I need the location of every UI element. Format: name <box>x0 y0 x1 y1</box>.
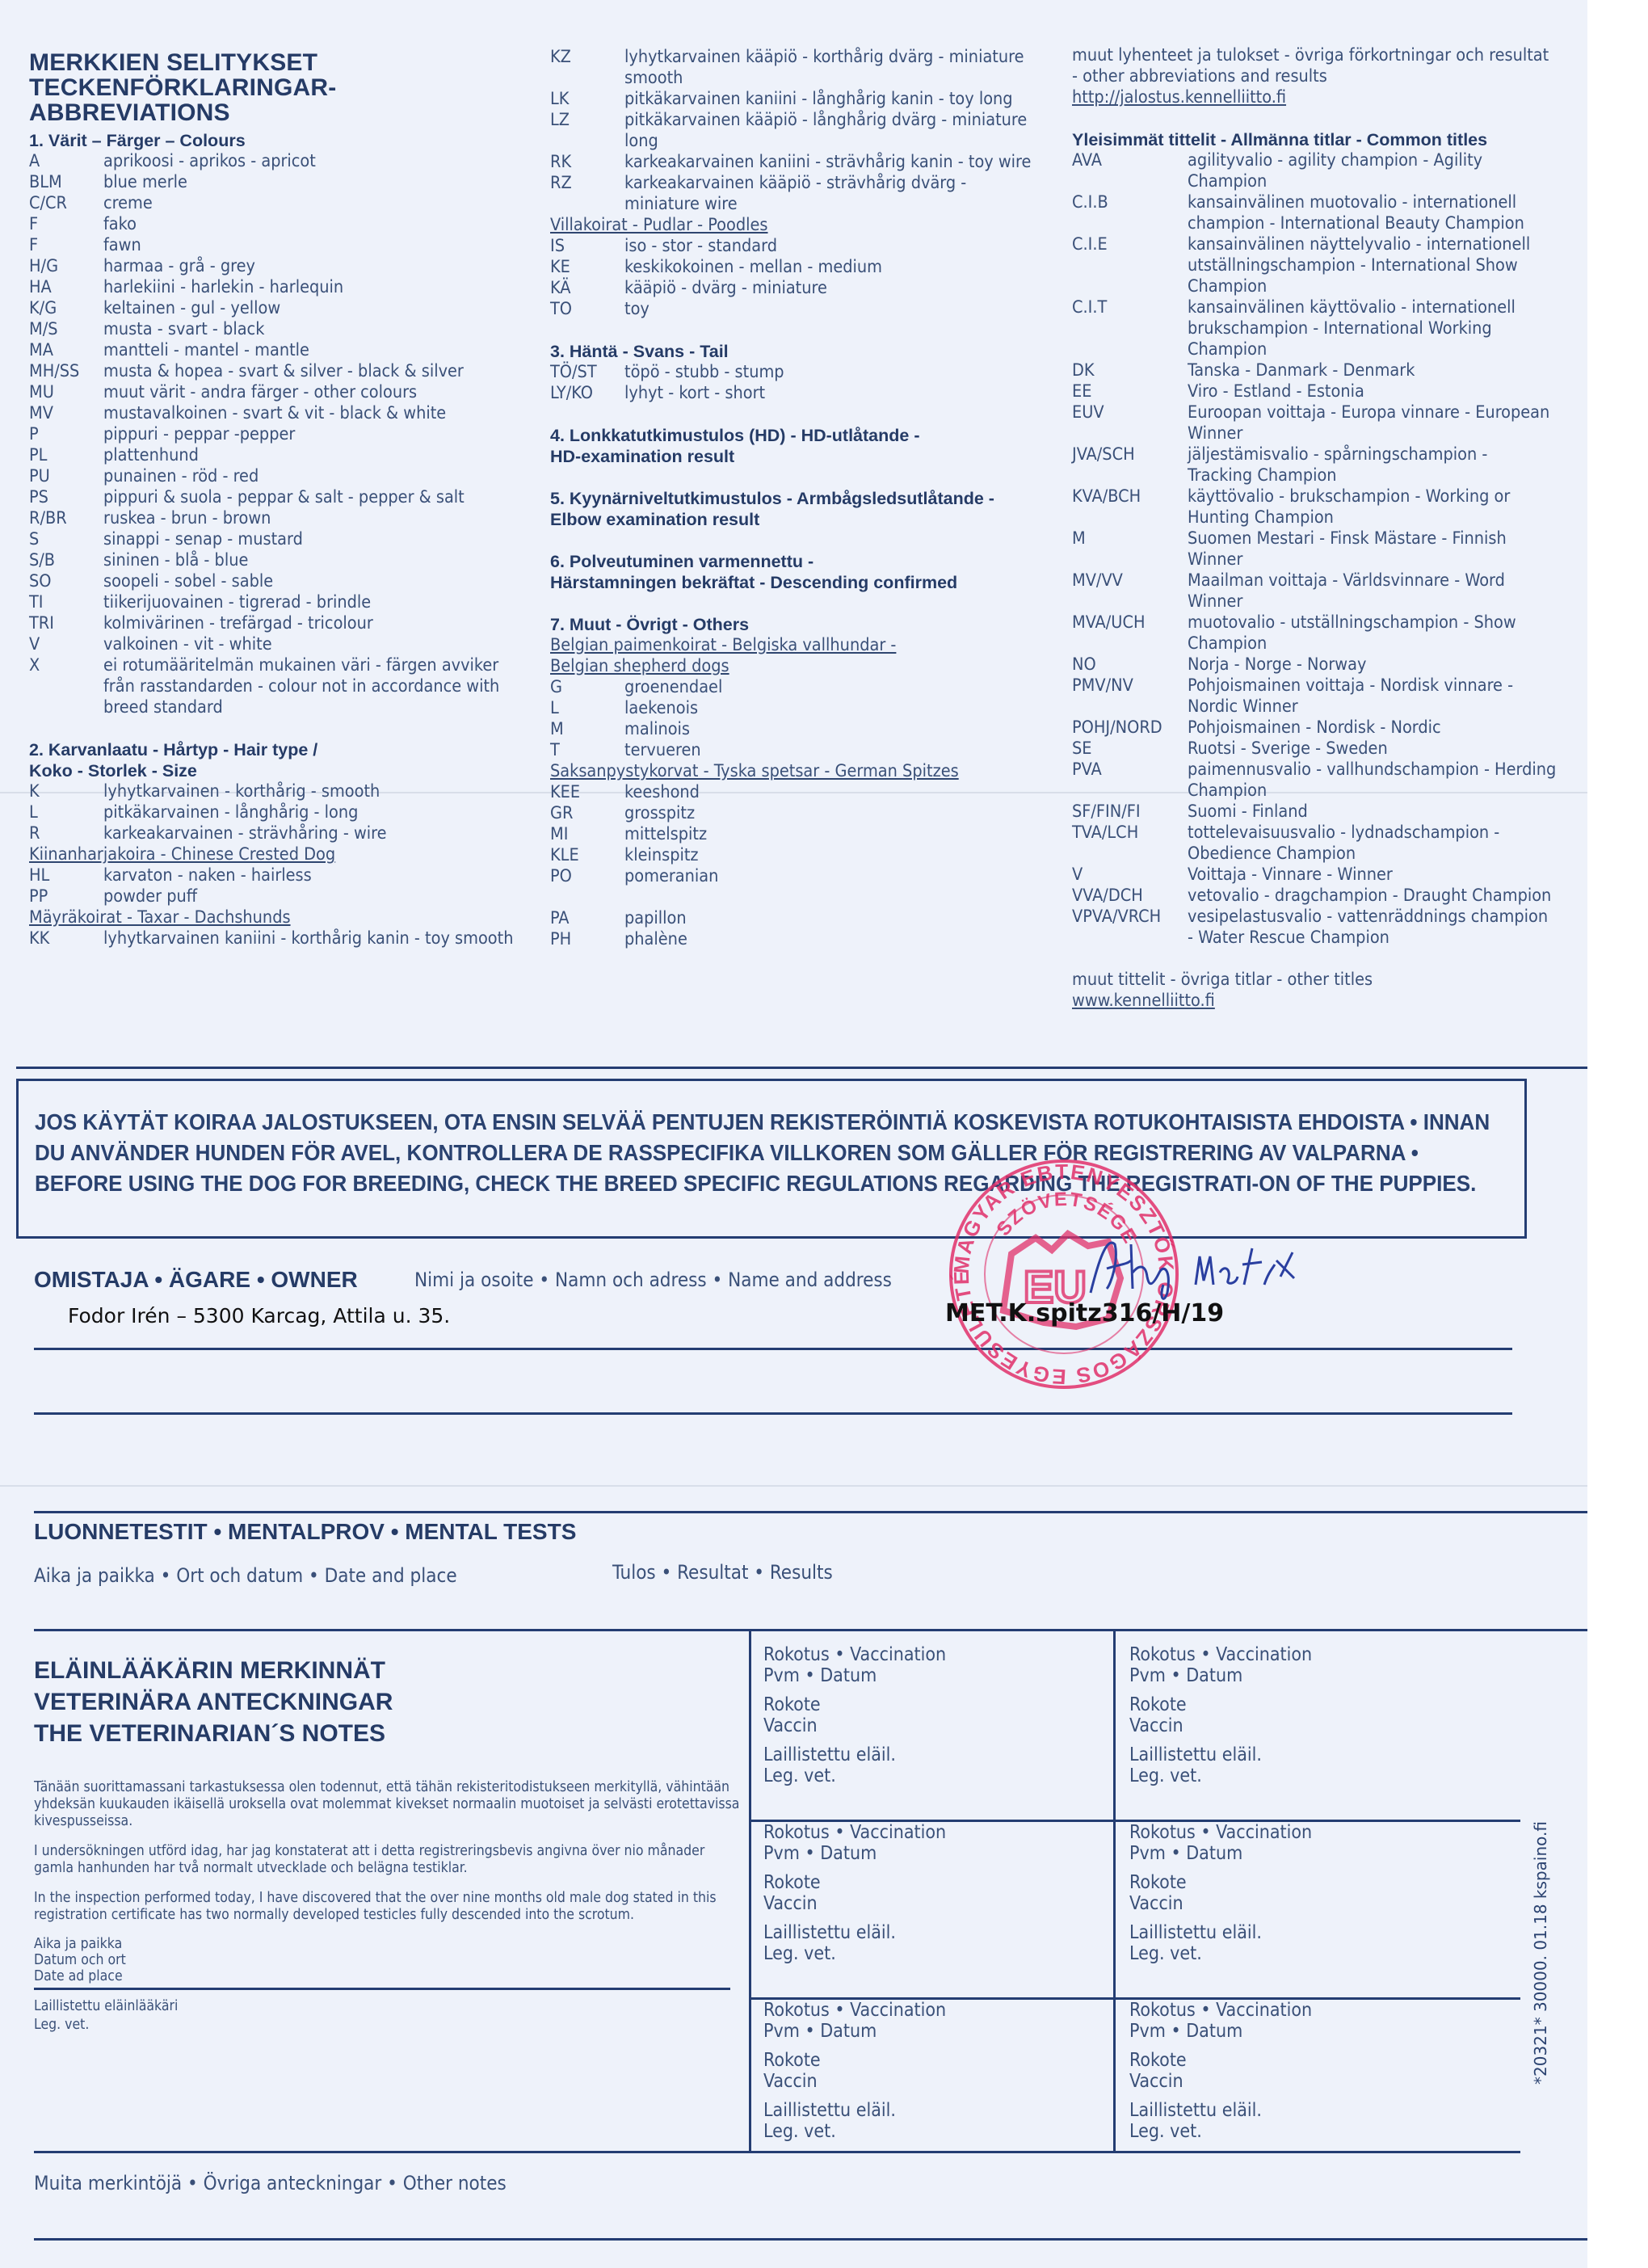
legend-abbr: KE <box>550 257 624 278</box>
legend-abbr: F <box>29 214 103 235</box>
hd-heading-line: HD-examination result <box>550 446 1035 467</box>
vaccination-cell[interactable]: Rokotus • VaccinationPvm • DatumRokoteVa… <box>763 1644 946 1795</box>
grid-line <box>1113 1629 1116 2152</box>
others-heading: 7. Muut - Övrigt - Others <box>550 614 1035 635</box>
vet-date-place-line: Datum och ort <box>34 1952 745 1968</box>
legend-desc: pippuri & suola - peppar & salt - pepper… <box>103 487 530 508</box>
legend-row: C.I.Bkansainvälinen muotovalio - interna… <box>1072 192 1557 234</box>
legend-desc: Viro - Estland - Estonia <box>1188 381 1557 402</box>
legend-desc: kansainvälinen muotovalio - internatione… <box>1188 192 1557 234</box>
legend-abbr: C.I.T <box>1072 297 1188 360</box>
legend-row: HAharlekiini - harlekin - harlequin <box>29 277 530 298</box>
legend-desc: töpö - stubb - stump <box>624 362 1035 383</box>
legend-row: MVmustavalkoinen - svart & vit - black &… <box>29 403 530 424</box>
legend-abbr: KEE <box>550 782 624 803</box>
legend-desc: iso - stor - standard <box>624 236 1035 257</box>
legend-abbr: F <box>29 235 103 256</box>
legend-desc: toy <box>624 299 1035 320</box>
legend-row: MAmantteli - mantel - mantle <box>29 340 530 361</box>
divider <box>34 2238 1587 2241</box>
legend-row: H/Gharmaa - grå - grey <box>29 256 530 277</box>
other-notes-label: Muita merkintöjä • Övriga anteckningar •… <box>34 2172 507 2194</box>
vaccination-date-label: Pvm • Datum <box>1129 1843 1312 1864</box>
legend-row: C.I.Ekansainvälinen näyttelyvalio - inte… <box>1072 234 1557 297</box>
legend-row: TItiikerijuovainen - tigrerad - brindle <box>29 592 530 613</box>
legend-desc: pitkäkarvainen kääpiö - långhårig dvärg … <box>624 110 1035 152</box>
legend-desc: lyhytkarvainen kaniini - korthårig kanin… <box>103 928 530 949</box>
colours-heading: 1. Värit – Färger – Colours <box>29 130 530 151</box>
legend-row: KZlyhytkarvainen kääpiö - korthårig dvär… <box>550 47 1035 89</box>
dachshunds-list-continued: KZlyhytkarvainen kääpiö - korthårig dvär… <box>550 47 1035 215</box>
legend-row: RZkarkeakarvainen kääpiö - strävhårig dv… <box>550 173 1035 215</box>
legend-abbr: SF/FIN/FI <box>1072 802 1188 823</box>
legend-desc: soopeli - sobel - sable <box>103 571 530 592</box>
legend-abbr: TI <box>29 592 103 613</box>
vaccination-date-label: Pvm • Datum <box>1129 1665 1312 1686</box>
legend-desc: Voittaja - Vinnare - Winner <box>1188 865 1557 886</box>
vet-statement-en: In the inspection performed today, I hav… <box>34 1890 745 1924</box>
legend-abbr: C.I.B <box>1072 192 1188 234</box>
legend-row: PPpowder puff <box>29 886 530 907</box>
legend-row: MH/SSmusta & hopea - svart & silver - bl… <box>29 361 530 382</box>
vaccine-label: Rokote <box>1129 2050 1312 2071</box>
legend-abbr: K/G <box>29 298 103 319</box>
legend-desc: laekenois <box>624 698 1035 719</box>
mental-tests-results-label: Tulos • Resultat • Results <box>612 1561 833 1584</box>
vet-notes-title: ELÄINLÄÄKÄRIN MERKINNÄT VETERINÄRA ANTEC… <box>34 1655 393 1749</box>
elbow-heading-line: Elbow examination result <box>550 509 1035 530</box>
descent-heading-line: Härstamningen bekräftat - Descending con… <box>550 572 1035 593</box>
vaccine-label-sv: Vaccin <box>763 2071 946 2092</box>
legend-row: LY/KOlyhyt - kort - short <box>550 383 1035 404</box>
legend-row: PVApaimennusvalio - vallhundschampion - … <box>1072 760 1557 802</box>
legend-abbr: PU <box>29 466 103 487</box>
vet-label: Laillistettu eläil. <box>1129 1922 1312 1943</box>
tail-list: TÖ/STtöpö - stubb - stumpLY/KOlyhyt - ko… <box>550 362 1035 404</box>
vet-label: Laillistettu eläil. <box>763 1922 946 1943</box>
legend-desc: lyhytkarvainen - korthårig - smooth <box>103 781 530 802</box>
legend-row: VPVA/VRCHvesipelastusvalio - vattenräddn… <box>1072 907 1557 949</box>
legend-desc: plattenhund <box>103 445 530 466</box>
legend-desc: pitkäkarvainen - långhårig - long <box>103 802 530 823</box>
legend-abbr: LK <box>550 89 624 110</box>
hd-heading-line: 4. Lonkkatutkimustulos (HD) - HD-utlåtan… <box>550 425 1035 446</box>
vaccination-label: Rokotus • Vaccination <box>1129 1822 1312 1843</box>
belgian-list: GgroenendaelLlaekenoisMmalinoisTtervuere… <box>550 677 1035 761</box>
legend-abbr: BLM <box>29 172 103 193</box>
legend-desc: grosspitz <box>624 803 1035 824</box>
legend-desc: kansainvälinen näyttelyvalio - internati… <box>1188 234 1557 297</box>
legend-desc: muotovalio - utställningschampion - Show… <box>1188 612 1557 654</box>
legend-abbr: PVA <box>1072 760 1188 802</box>
vaccine-label-sv: Vaccin <box>1129 1893 1312 1914</box>
legend-abbr: V <box>1072 865 1188 886</box>
legend-desc: tottelevaisuusvalio - lydnadschampion - … <box>1188 823 1557 865</box>
legend-abbr: MVA/UCH <box>1072 612 1188 654</box>
legend-abbr: H/G <box>29 256 103 277</box>
legend-abbr: IS <box>550 236 624 257</box>
vet-label-sv: Leg. vet. <box>763 1765 946 1786</box>
legend-row: TVA/LCHtottelevaisuusvalio - lydnadscham… <box>1072 823 1557 865</box>
legend-desc: kääpiö - dvärg - miniature <box>624 278 1035 299</box>
legend-title: MERKKIEN SELITYKSET TECKENFÖRKLARINGAR- … <box>29 50 530 125</box>
legend-desc: sininen - blå - blue <box>103 550 530 571</box>
descent-heading-line: 6. Polveutuminen varmennettu - <box>550 551 1035 572</box>
legend-desc: ei rotumääritelmän mukainen väri - färge… <box>103 655 530 718</box>
legend-left-column: MERKKIEN SELITYKSET TECKENFÖRKLARINGAR- … <box>29 50 530 949</box>
legend-desc: karvaton - naken - hairless <box>103 865 530 886</box>
vet-label-sv: Leg. vet. <box>1129 2121 1312 2142</box>
legend-abbr: M <box>1072 528 1188 570</box>
legend-abbr: PP <box>29 886 103 907</box>
legend-row: LKpitkäkarvainen kaniini - långhårig kan… <box>550 89 1035 110</box>
vaccination-cell[interactable]: Rokotus • VaccinationPvm • DatumRokoteVa… <box>1129 1822 1312 1972</box>
legend-desc: valkoinen - vit - white <box>103 634 530 655</box>
legend-desc: Euroopan voittaja - Europa vinnare - Eur… <box>1188 402 1557 444</box>
legend-row: Rkarkeakarvainen - strävhåring - wire <box>29 823 530 844</box>
legend-row: VVA/DCHvetovalio - dragchampion - Draugh… <box>1072 886 1557 907</box>
legend-desc: muut värit - andra färger - other colour… <box>103 382 530 403</box>
signature <box>1083 1228 1325 1301</box>
tail-heading: 3. Häntä - Svans - Tail <box>550 341 1035 362</box>
legend-abbr: PH <box>550 929 624 950</box>
hd-heading: 4. Lonkkatutkimustulos (HD) - HD-utlåtan… <box>550 425 1035 467</box>
vet-title-line: ELÄINLÄÄKÄRIN MERKINNÄT <box>34 1655 393 1686</box>
legend-desc: musta & hopea - svart & silver - black &… <box>103 361 530 382</box>
vaccine-label: Rokote <box>1129 1872 1312 1893</box>
vet-date-place-line: Date ad place <box>34 1968 745 1984</box>
vaccination-cell[interactable]: Rokotus • VaccinationPvm • DatumRokoteVa… <box>763 1822 946 1972</box>
vaccination-date-label: Pvm • Datum <box>763 2021 946 2042</box>
legend-desc: groenendael <box>624 677 1035 698</box>
vet-signature-label: Laillistettu eläinlääkäri Leg. vet. <box>34 1997 745 2034</box>
legend-desc: mittelspitz <box>624 824 1035 845</box>
legend-abbr: TO <box>550 299 624 320</box>
vaccination-date-label: Pvm • Datum <box>763 1843 946 1864</box>
legend-row: Klyhytkarvainen - korthårig - smooth <box>29 781 530 802</box>
legend-abbr: EE <box>1072 381 1188 402</box>
legend-desc: harlekiini - harlekin - harlequin <box>103 277 530 298</box>
legend-desc: keeshond <box>624 782 1035 803</box>
legend-desc: Pohjoismainen - Nordisk - Nordic <box>1188 717 1557 738</box>
legend-desc: Tanska - Danmark - Denmark <box>1188 360 1557 381</box>
legend-row: NONorja - Norge - Norway <box>1072 654 1557 675</box>
legend-row: PUpunainen - röd - red <box>29 466 530 487</box>
legend-desc: Suomen Mestari - Finsk Mästare - Finnish… <box>1188 528 1557 570</box>
legend-desc: powder puff <box>103 886 530 907</box>
legend-abbr: JVA/SCH <box>1072 444 1188 486</box>
legend-title-line: ABBREVIATIONS <box>29 100 530 125</box>
owner-line <box>34 1412 1512 1415</box>
titles-list: AVAagilityvalio - agility champion - Agi… <box>1072 150 1557 949</box>
fold-crease <box>0 1485 1587 1487</box>
legend-desc: karkeakarvainen kääpiö - strävhårig dvär… <box>624 173 1035 215</box>
legend-abbr: PS <box>29 487 103 508</box>
legend-row: HLkarvaton - naken - hairless <box>29 865 530 886</box>
legend-abbr: KK <box>29 928 103 949</box>
vet-title-line: VETERINÄRA ANTECKNINGAR <box>34 1686 393 1718</box>
legend-row: AVAagilityvalio - agility champion - Agi… <box>1072 150 1557 192</box>
legend-desc: agilityvalio - agility champion - Agilit… <box>1188 150 1557 192</box>
legend-row: ISiso - stor - standard <box>550 236 1035 257</box>
legend-desc: harmaa - grå - grey <box>103 256 530 277</box>
mental-tests-title: LUONNETESTIT • MENTALPROV • MENTAL TESTS <box>34 1519 576 1545</box>
legend-row: S/Bsininen - blå - blue <box>29 550 530 571</box>
legend-desc: käyttövalio - brukschampion - Working or… <box>1188 486 1557 528</box>
vet-date-line <box>34 1988 730 1990</box>
legend-abbr: V <box>29 634 103 655</box>
legend-abbr: KLE <box>550 845 624 866</box>
legend-row: EUVEuroopan voittaja - Europa vinnare - … <box>1072 402 1557 444</box>
legend-abbr: SO <box>29 571 103 592</box>
vet-label-sv: Leg. vet. <box>1129 1765 1312 1786</box>
legend-row: C/CRcreme <box>29 193 530 214</box>
legend-abbr: PA <box>550 908 624 929</box>
legend-abbr: KÄ <box>550 278 624 299</box>
hair-heading: 2. Karvanlaatu - Hårtyp - Hair type / Ko… <box>29 739 530 781</box>
legend-row: POHJ/NORDPohjoismainen - Nordisk - Nordi… <box>1072 717 1557 738</box>
legend-desc: lyhytkarvainen kääpiö - korthårig dvärg … <box>624 47 1035 89</box>
legend-desc: mantteli - mantel - mantle <box>103 340 530 361</box>
legend-abbr: RK <box>550 152 624 173</box>
vet-date-place-line: Aika ja paikka <box>34 1936 745 1952</box>
legend-desc: malinois <box>624 719 1035 740</box>
vet-label: Laillistettu eläil. <box>1129 2100 1312 2121</box>
vaccination-cell[interactable]: Rokotus • VaccinationPvm • DatumRokoteVa… <box>763 2000 946 2150</box>
legend-abbr: VVA/DCH <box>1072 886 1188 907</box>
legend-abbr: T <box>550 740 624 761</box>
legend-desc: mustavalkoinen - svart & vit - black & w… <box>103 403 530 424</box>
divider <box>34 1629 1587 1631</box>
mental-tests-date-place-label: Aika ja paikka • Ort och datum • Date an… <box>34 1564 457 1587</box>
legend-row: KÄkääpiö - dvärg - miniature <box>550 278 1035 299</box>
legend-abbr: C/CR <box>29 193 103 214</box>
legend-row: Xei rotumääritelmän mukainen väri - färg… <box>29 655 530 718</box>
legend-desc: papillon <box>624 908 1035 929</box>
legend-row: LZpitkäkarvainen kääpiö - långhårig dvär… <box>550 110 1035 152</box>
legend-row: PMV/NVPohjoismainen voittaja - Nordisk v… <box>1072 675 1557 717</box>
vaccination-label: Rokotus • Vaccination <box>1129 2000 1312 2021</box>
hair-heading-line: 2. Karvanlaatu - Hårtyp - Hair type / <box>29 739 530 760</box>
legend-row: MSuomen Mestari - Finsk Mästare - Finnis… <box>1072 528 1557 570</box>
legend-abbr: EUV <box>1072 402 1188 444</box>
belgian-subheading-line: Belgian paimenkoirat - Belgiska vallhund… <box>550 635 1035 656</box>
legend-abbr: PO <box>550 866 624 887</box>
legend-row: RKkarkeakarvainen kaniini - strävhårig k… <box>550 152 1035 173</box>
legend-desc: sinappi - senap - mustard <box>103 529 530 550</box>
titles-heading: Yleisimmät tittelit - Allmänna titlar - … <box>1072 129 1557 150</box>
legend-row: KKlyhytkarvainen kaniini - korthårig kan… <box>29 928 530 949</box>
legend-abbr: POHJ/NORD <box>1072 717 1188 738</box>
vaccine-label: Rokote <box>763 2050 946 2071</box>
vaccine-label-sv: Vaccin <box>1129 1715 1312 1736</box>
grid-line <box>749 1629 751 2152</box>
legend-row: PLplattenhund <box>29 445 530 466</box>
registration-number: MET.K.spitz316/H/19 <box>945 1299 1224 1328</box>
legend-row: Vvalkoinen - vit - white <box>29 634 530 655</box>
legend-abbr: S/B <box>29 550 103 571</box>
legend-abbr: K <box>29 781 103 802</box>
vaccination-cell[interactable]: Rokotus • VaccinationPvm • DatumRokoteVa… <box>1129 1644 1312 1795</box>
legend-abbr: A <box>29 151 103 172</box>
legend-abbr: MI <box>550 824 624 845</box>
legend-abbr: SE <box>1072 738 1188 760</box>
more-abbreviations-text: muut lyhenteet ja tulokset - övriga förk… <box>1072 45 1557 87</box>
legend-abbr: G <box>550 677 624 698</box>
legend-row: TÖ/STtöpö - stubb - stump <box>550 362 1035 383</box>
legend-abbr: PMV/NV <box>1072 675 1188 717</box>
vaccine-label-sv: Vaccin <box>763 1715 946 1736</box>
legend-row: DKTanska - Danmark - Denmark <box>1072 360 1557 381</box>
legend-desc: karkeakarvainen kaniini - strävhårig kan… <box>624 152 1035 173</box>
legend-desc: jäljestämisvalio - spårningschampion - T… <box>1188 444 1557 486</box>
jalostus-link[interactable]: http://jalostus.kennelliitto.fi <box>1072 87 1557 108</box>
vet-statement-sv: I undersökningen utförd idag, har jag ko… <box>34 1843 745 1877</box>
legend-row: PHphalène <box>550 929 1035 950</box>
legend-row: POpomeranian <box>550 866 1035 887</box>
vaccination-cell[interactable]: Rokotus • VaccinationPvm • DatumRokoteVa… <box>1129 2000 1312 2150</box>
belgian-subheading-line: Belgian shepherd dogs <box>550 656 1035 677</box>
vaccine-label: Rokote <box>763 1872 946 1893</box>
legend-row: KLEkleinspitz <box>550 845 1035 866</box>
legend-row: VVoittaja - Vinnare - Winner <box>1072 865 1557 886</box>
legend-row: EEViro - Estland - Estonia <box>1072 381 1557 402</box>
descent-heading: 6. Polveutuminen varmennettu - Härstamni… <box>550 551 1035 593</box>
legend-abbr: MA <box>29 340 103 361</box>
legend-row: SERuotsi - Sverige - Sweden <box>1072 738 1557 760</box>
legend-desc: ruskea - brun - brown <box>103 508 530 529</box>
breeding-notice-box: JOS KÄYTÄT KOIRAA JALOSTUKSEEN, OTA ENSI… <box>16 1079 1527 1239</box>
legend-desc: pitkäkarvainen kaniini - långhårig kanin… <box>624 89 1035 110</box>
vet-title-line: THE VETERINARIAN´S NOTES <box>34 1718 393 1749</box>
vet-label-sv: Leg. vet. <box>763 1943 946 1964</box>
legend-desc: tervueren <box>624 740 1035 761</box>
legend-desc: kansainvälinen käyttövalio - internation… <box>1188 297 1557 360</box>
legend-abbr: VPVA/VRCH <box>1072 907 1188 949</box>
colours-list: Aaprikoosi - aprikos - apricotBLMblue me… <box>29 151 530 718</box>
legend-abbr: C.I.E <box>1072 234 1188 297</box>
legend-title-line: TECKENFÖRKLARINGAR- <box>29 75 530 100</box>
legend-desc: musta - svart - black <box>103 319 530 340</box>
legend-row: SOsoopeli - sobel - sable <box>29 571 530 592</box>
legend-desc: tiikerijuovainen - tigrerad - brindle <box>103 592 530 613</box>
legend-row: R/BRruskea - brun - brown <box>29 508 530 529</box>
legend-desc: Maailman voittaja - Världsvinnare - Word… <box>1188 570 1557 612</box>
legend-desc: vetovalio - dragchampion - Draught Champ… <box>1188 886 1557 907</box>
legend-desc: Suomi - Finland <box>1188 802 1557 823</box>
legend-row: Ssinappi - senap - mustard <box>29 529 530 550</box>
vaccine-label: Rokote <box>1129 1694 1312 1715</box>
legend-desc: pippuri - peppar -pepper <box>103 424 530 445</box>
legend-row: TOtoy <box>550 299 1035 320</box>
kennelliitto-link[interactable]: www.kennelliitto.fi <box>1072 991 1557 1012</box>
legend-abbr: X <box>29 655 103 718</box>
poodles-subheading: Villakoirat - Pudlar - Poodles <box>550 215 1035 236</box>
legend-abbr: HA <box>29 277 103 298</box>
legend-abbr: P <box>29 424 103 445</box>
papillon-list: PApapillonPHphalène <box>550 908 1035 950</box>
owner-line <box>34 1348 1512 1350</box>
legend-abbr: RZ <box>550 173 624 215</box>
legend-desc: Norja - Norge - Norway <box>1188 654 1557 675</box>
elbow-heading-line: 5. Kyynärniveltutkimustulos - Armbågsled… <box>550 488 1035 509</box>
legend-row: C.I.Tkansainvälinen käyttövalio - intern… <box>1072 297 1557 360</box>
legend-row: MVA/UCHmuotovalio - utställningschampion… <box>1072 612 1557 654</box>
legend-row: Mmalinois <box>550 719 1035 740</box>
legend-row: GRgrosspitz <box>550 803 1035 824</box>
legend-desc: punainen - röd - red <box>103 466 530 487</box>
legend-row: Llaekenois <box>550 698 1035 719</box>
legend-row: MUmuut värit - andra färger - other colo… <box>29 382 530 403</box>
legend-row: KEkeskikokoinen - mellan - medium <box>550 257 1035 278</box>
legend-abbr: L <box>29 802 103 823</box>
legend-row: BLMblue merle <box>29 172 530 193</box>
dachshunds-subheading: Mäyräkoirat - Taxar - Dachshunds <box>29 907 530 928</box>
print-info: *20321* 30000. 01.18 kspaino.fi <box>1531 1821 1550 2085</box>
belgian-subheading: Belgian paimenkoirat - Belgiska vallhund… <box>550 635 1035 677</box>
legend-row: SF/FIN/FISuomi - Finland <box>1072 802 1557 823</box>
legend-desc: aprikoosi - aprikos - apricot <box>103 151 530 172</box>
legend-abbr: TVA/LCH <box>1072 823 1188 865</box>
legend-row: K/Gkeltainen - gul - yellow <box>29 298 530 319</box>
chinese-crested-subheading: Kiinanharjakoira - Chinese Crested Dog <box>29 844 530 865</box>
legend-row: Ggroenendael <box>550 677 1035 698</box>
legend-abbr: PL <box>29 445 103 466</box>
legend-abbr: GR <box>550 803 624 824</box>
legend-row: JVA/SCHjäljestämisvalio - spårningschamp… <box>1072 444 1557 486</box>
legend-row: Aaprikoosi - aprikos - apricot <box>29 151 530 172</box>
legend-row: Ttervueren <box>550 740 1035 761</box>
legend-abbr: TÖ/ST <box>550 362 624 383</box>
dachshunds-list: KKlyhytkarvainen kaniini - korthårig kan… <box>29 928 530 949</box>
vaccination-label: Rokotus • Vaccination <box>1129 1644 1312 1665</box>
legend-abbr: M <box>550 719 624 740</box>
vet-signature-line: Laillistettu eläinlääkäri <box>34 1997 745 2016</box>
legend-abbr: MV/VV <box>1072 570 1188 612</box>
vet-label: Laillistettu eläil. <box>1129 1744 1312 1765</box>
legend-desc: creme <box>103 193 530 214</box>
legend-desc: pomeranian <box>624 866 1035 887</box>
legend-row: Lpitkäkarvainen - långhårig - long <box>29 802 530 823</box>
legend-desc: fako <box>103 214 530 235</box>
legend-desc: kleinspitz <box>624 845 1035 866</box>
vet-signature-line: Leg. vet. <box>34 2016 745 2034</box>
vaccination-label: Rokotus • Vaccination <box>763 2000 946 2021</box>
elbow-heading: 5. Kyynärniveltutkimustulos - Armbågsled… <box>550 488 1035 530</box>
hair-heading-line: Koko - Storlek - Size <box>29 760 530 781</box>
legend-title-line: MERKKIEN SELITYKSET <box>29 50 530 75</box>
divider <box>34 1511 1587 1513</box>
owner-name-address[interactable]: Fodor Irén – 5300 Karcag, Attila u. 35. <box>68 1304 450 1328</box>
divider <box>16 1067 1587 1069</box>
legend-desc: vesipelastusvalio - vattenräddnings cham… <box>1188 907 1557 949</box>
legend-abbr: AVA <box>1072 150 1188 192</box>
legend-abbr: L <box>550 698 624 719</box>
legend-row: KVA/BCHkäyttövalio - brukschampion - Wor… <box>1072 486 1557 528</box>
legend-middle-column: KZlyhytkarvainen kääpiö - korthårig dvär… <box>550 47 1035 950</box>
breeding-notice-text: JOS KÄYTÄT KOIRAA JALOSTUKSEEN, OTA ENSI… <box>35 1107 1507 1199</box>
legend-right-column: muut lyhenteet ja tulokset - övriga förk… <box>1072 45 1557 1012</box>
owner-title: OMISTAJA • ÄGARE • OWNER <box>34 1267 358 1293</box>
legend-abbr: NO <box>1072 654 1188 675</box>
legend-abbr: S <box>29 529 103 550</box>
vaccine-label-sv: Vaccin <box>1129 2071 1312 2092</box>
legend-desc: blue merle <box>103 172 530 193</box>
legend-abbr: MV <box>29 403 103 424</box>
legend-desc: lyhyt - kort - short <box>624 383 1035 404</box>
legend-abbr: KZ <box>550 47 624 89</box>
legend-row: TRIkolmivärinen - trefärgad - tricolour <box>29 613 530 634</box>
